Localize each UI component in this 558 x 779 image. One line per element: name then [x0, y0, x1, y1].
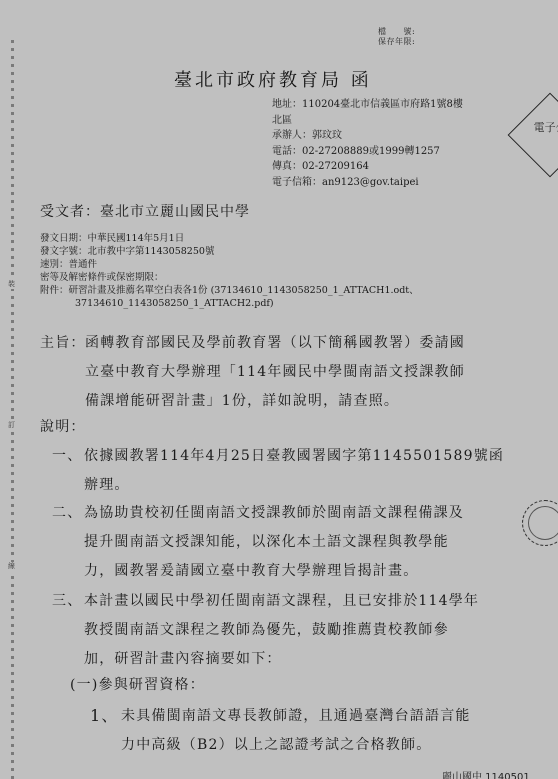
contact-officer: 承辦人：郭玟玟	[272, 128, 463, 144]
binding-margin-line	[11, 40, 14, 779]
explanation-item-3-marker: 三、	[52, 587, 82, 616]
issue-date: 發文日期：中華民國114年5月1日	[40, 232, 419, 245]
subject-line-1: 函轉教育部國民及學前教育署（以下簡稱國教署）委請國	[85, 329, 465, 358]
stamp-text: 電子公文	[534, 122, 558, 134]
subject-body: 函轉教育部國民及學前教育署（以下簡稱國教署）委請國 立臺中教育大學辦理「114年…	[85, 329, 465, 416]
binding-label-ding: 訂	[8, 421, 15, 430]
qualification-heading: (一)參與研習資格：	[70, 671, 205, 700]
subject-line-3: 備課增能研習計畫」1份，詳如說明，請查照。	[85, 387, 465, 416]
delivery-speed: 速別：普通件	[40, 258, 419, 271]
explanation-item-1: 依據國教署114年4月25日臺教國署國字第1145501589號函 辦理。	[84, 442, 504, 500]
subject-label: 主旨：	[40, 329, 86, 358]
secrecy-level: 密等及解密條件或保密期限：	[40, 271, 419, 284]
item-2-line-3: 力，國教署爰請國立臺中教育大學辦理旨揭計畫。	[84, 557, 464, 586]
sub-item-1-line-2: 力中高級（B2）以上之認證考試之合格教師。	[121, 731, 471, 760]
item-1-line-2: 辦理。	[84, 471, 504, 500]
sub-item-1: 未具備閩南語文專長教師證，且通過臺灣台語語言能 力中高級（B2）以上之認證考試之…	[121, 702, 471, 760]
archive-retention: 保存年限:	[378, 37, 415, 47]
school-seal-stamp	[522, 500, 558, 546]
explanation-item-1-marker: 一、	[52, 442, 82, 471]
electronic-document-stamp: 電子公文	[508, 93, 558, 178]
contact-address-line1: 地址：110204臺北市信義區市府路1號8樓	[272, 97, 463, 113]
item-3-line-2: 教授閩南語文課程之教師為優先，鼓勵推薦貴校教師參	[84, 616, 479, 645]
document-meta: 發文日期：中華民國114年5月1日 發文字號：北市教中字第1143058250號…	[40, 232, 419, 310]
explanation-item-2: 為協助貴校初任閩南語文授課教師於閩南語文課程備課及 提升閩南語文授課知能，以深化…	[84, 499, 464, 586]
item-1-line-1: 依據國教署114年4月25日臺教國署國字第1145501589號函	[84, 442, 504, 471]
recipient: 受文者：臺北市立麗山國民中學	[40, 201, 250, 221]
sub-item-1-line-1: 未具備閩南語文專長教師證，且通過臺灣台語語言能	[121, 702, 471, 731]
archive-file-no: 檔 號:	[378, 27, 415, 37]
document-number: 發文字號：北市教中字第1143058250號	[40, 245, 419, 258]
explanation-item-3: 本計畫以國民中學初任閩南語文課程，且已安排於114學年 教授閩南語文課程之教師為…	[84, 587, 479, 674]
contact-fax: 傳真：02-27209164	[272, 159, 463, 175]
footer-reference: 麗山國中 1140501	[442, 768, 530, 779]
item-3-line-3: 加，研習計畫內容摘要如下：	[84, 645, 479, 674]
attachment-line2: 37134610_1143058250_1_ATTACH2.pdf)	[40, 297, 419, 310]
contact-block: 地址：110204臺北市信義區市府路1號8樓 北區 承辦人：郭玟玟 電話：02-…	[272, 97, 463, 190]
sub-item-1-marker: 1、	[90, 701, 119, 730]
item-2-line-2: 提升閩南語文授課知能，以深化本土語文課程與教學能	[84, 528, 464, 557]
contact-phone: 電話：02-27208889或1999轉1257	[272, 144, 463, 160]
item-2-line-1: 為協助貴校初任閩南語文授課教師於閩南語文課程備課及	[84, 499, 464, 528]
explanation-item-2-marker: 二、	[52, 499, 82, 528]
item-3-line-1: 本計畫以國民中學初任閩南語文課程，且已安排於114學年	[84, 587, 479, 616]
document-title: 臺北市政府教育局 函	[174, 66, 372, 92]
contact-address-line2: 北區	[272, 113, 463, 129]
explanation-label: 說明：	[40, 413, 86, 442]
binding-label-xian: 線	[8, 562, 15, 571]
binding-label-zhuang: 裝	[8, 280, 15, 289]
contact-email: 電子信箱：an9123@gov.taipei	[272, 175, 463, 191]
subject-line-2: 立臺中教育大學辦理「114年國民中學閩南語文授課教師	[85, 358, 465, 387]
attachment-line1: 附件：研習計畫及推薦名單空白表各1份 (37134610_1143058250_…	[40, 284, 419, 297]
